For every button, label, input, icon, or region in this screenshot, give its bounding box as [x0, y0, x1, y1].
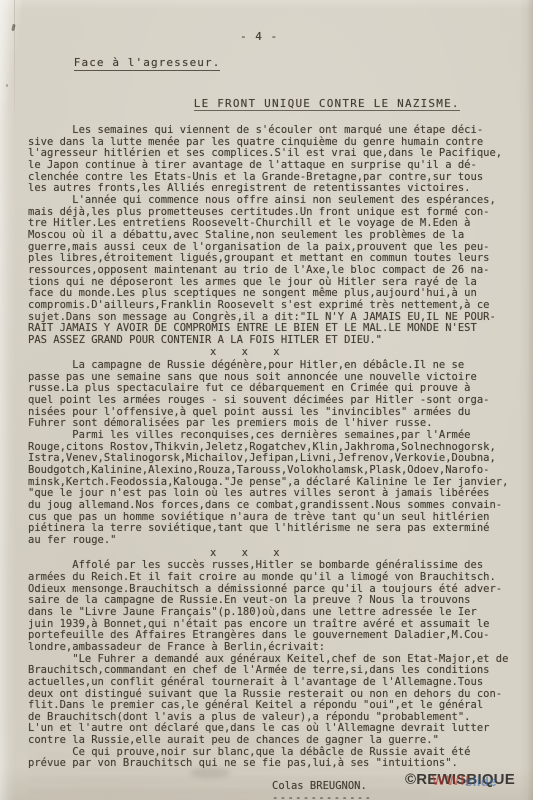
ink-speck: [6, 84, 8, 87]
text-line: Boudgotch,Kalinine,Alexino,Rouza,Tarouss…: [28, 465, 533, 477]
document-header: - 4 - Face à l'agresseur. LE FRONT UNIQU…: [0, 0, 533, 124]
text-line: Moscou où il a débattu,avec Staline,non …: [28, 230, 533, 242]
document-title: LE FRONT UNIQUE CONTRE LE NAZISME.: [194, 97, 460, 112]
text-line: quel point les armées rouges - si souven…: [28, 395, 533, 407]
text-line: PAS ASSEZ GRAND POUR CONTENIR A LA FOIS …: [28, 335, 533, 347]
text-line: actuelles,un conflit général tournerait …: [28, 677, 533, 689]
text-line: au fer rouge.": [28, 535, 533, 547]
scan-edge-highlight: [0, 0, 22, 120]
text-line: dans le "Livre Jaune Français"(p.180)où,…: [28, 607, 533, 619]
text-line: armées du Reich.Et il fait croire au mon…: [28, 572, 533, 584]
scanned-document-page: - 4 - Face à l'agresseur. LE FRONT UNIQU…: [0, 0, 533, 800]
text-line: du joug allemand.Nos forces,dans ce comb…: [28, 500, 533, 512]
document-body: Les semaines qui viennent de s'écouler o…: [0, 124, 533, 770]
paper-smudge: [190, 768, 230, 778]
text-line: compromis.D'ailleurs,Franklin Roosevelt …: [28, 300, 533, 312]
paper-crease: [14, 0, 15, 140]
text-line: ressources,opposent maintenant au trio d…: [28, 265, 533, 277]
section-separator: x x x: [28, 347, 533, 359]
section-heading: Face à l'agresseur.: [74, 56, 221, 71]
watermark: ©REWISBIQUE WWII slide: [405, 771, 527, 791]
text-line: Parmi les villes reconquises,ces dernièr…: [28, 430, 533, 442]
text-line: le Japon continue à tirer avantage de l'…: [28, 160, 533, 172]
reverse-side-bleedthrough: [30, 742, 430, 794]
watermark-overlay-blue: slide: [465, 774, 497, 789]
page-number: - 4 -: [240, 30, 533, 43]
text-line: londre,ambassadeur de France à Berlin,éc…: [28, 642, 533, 654]
text-line: L'année qui commence nous offre ainsi no…: [28, 195, 533, 207]
section-separator: x x x: [28, 548, 533, 560]
text-line: Les semaines qui viennent de s'écouler o…: [28, 125, 533, 137]
